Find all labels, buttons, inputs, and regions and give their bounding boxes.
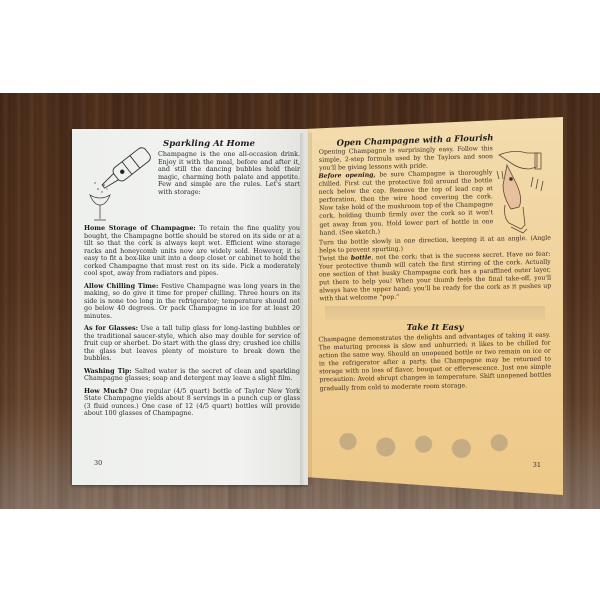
section-home-storage: Home Storage of Champagne: To retain the…: [84, 225, 300, 278]
section-chilling-time: Allow Chilling Time: Festive Champagne w…: [84, 283, 300, 321]
left-intro-block: Sparkling At Home Champagne is the one a…: [84, 139, 300, 225]
decorative-divider: [325, 306, 545, 320]
champagne-bottle-pouring-icon: [84, 139, 158, 225]
left-intro-text: Champagne is the one all-occasion drink.…: [158, 151, 300, 196]
section-how-much: How Much? One regular (4/5 quart) bottle…: [84, 388, 300, 418]
decorative-lace-pattern: [327, 433, 537, 461]
take-it-easy-title: Take It Easy: [319, 322, 551, 332]
before-opening-text: Before opening, be sure Champagne is tho…: [318, 169, 493, 237]
twist-bottle-text: Twist the bottle, not the cork; that is …: [319, 251, 552, 304]
section-washing-tip: Washing Tip: Salted water is the secret …: [84, 368, 300, 383]
right-page-number: 31: [533, 461, 541, 469]
section-glasses: As for Glasses: Use a tall tulip glass f…: [84, 325, 300, 363]
hand-opening-bottle-icon: [493, 147, 551, 237]
left-page-number: 30: [94, 459, 102, 467]
take-it-easy-text: Champagne demonstrates the delights and …: [318, 331, 551, 393]
left-page: Sparkling At Home Champagne is the one a…: [72, 129, 308, 485]
photo-background-wood-table: Sparkling At Home Champagne is the one a…: [0, 93, 600, 509]
right-intro-block: Opening Champagne is surprisingly easy. …: [319, 147, 551, 237]
right-page: Open Champagne with a Flourish Opening C…: [305, 117, 563, 495]
book-gutter: [300, 133, 312, 485]
